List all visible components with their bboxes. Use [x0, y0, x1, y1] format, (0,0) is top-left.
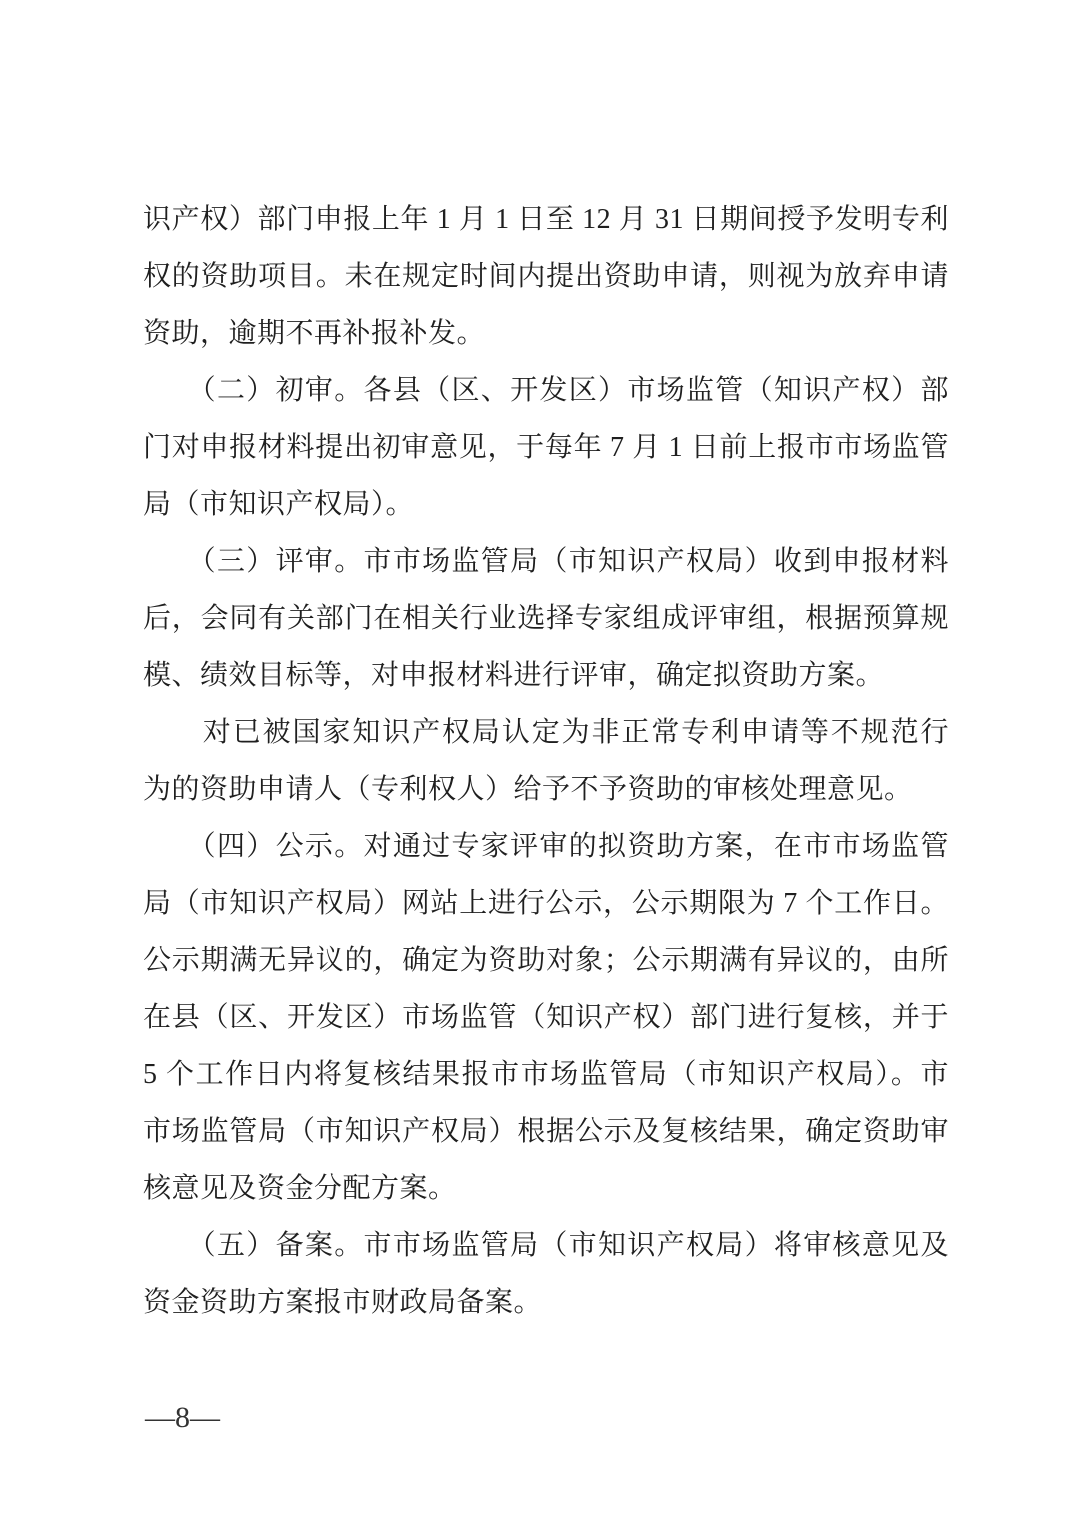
page-number: —8— [145, 1396, 220, 1440]
document-page: 识产权）部门申报上年 1 月 1 日至 12 月 31 日期间授予发明专利权的资… [0, 0, 1080, 1527]
text-line: 局（市知识产权局）。 [143, 476, 949, 533]
paragraph: （四）公示。对通过专家评审的拟资助方案，在市市场监管局（市知识产权局）网站上进行… [143, 818, 949, 1217]
text-line: 对已被国家知识产权局认定为非正常专利申请等不规范行 [143, 704, 949, 761]
text-line: 资金资助方案报市财政局备案。 [143, 1274, 949, 1331]
text-line: 局（市知识产权局）网站上进行公示，公示期限为 7 个工作日。 [143, 875, 949, 932]
text-line: （三）评审。市市场监管局（市知识产权局）收到申报材料 [143, 533, 949, 590]
text-line: 权的资助项目。未在规定时间内提出资助申请，则视为放弃申请 [143, 248, 949, 305]
document-body: 识产权）部门申报上年 1 月 1 日至 12 月 31 日期间授予发明专利权的资… [143, 191, 949, 1331]
text-line: 核意见及资金分配方案。 [143, 1160, 949, 1217]
paragraph: （二）初审。各县（区、开发区）市场监管（知识产权）部门对申报材料提出初审意见，于… [143, 362, 949, 533]
paragraph: 对已被国家知识产权局认定为非正常专利申请等不规范行为的资助申请人（专利权人）给予… [143, 704, 949, 818]
paragraph: 识产权）部门申报上年 1 月 1 日至 12 月 31 日期间授予发明专利权的资… [143, 191, 949, 362]
paragraph: （五）备案。市市场监管局（市知识产权局）将审核意见及资金资助方案报市财政局备案。 [143, 1217, 949, 1331]
text-line: （二）初审。各县（区、开发区）市场监管（知识产权）部 [143, 362, 949, 419]
text-line: 模、绩效目标等，对申报材料进行评审，确定拟资助方案。 [143, 647, 949, 704]
text-line: 在县（区、开发区）市场监管（知识产权）部门进行复核，并于 [143, 989, 949, 1046]
paragraph: （三）评审。市市场监管局（市知识产权局）收到申报材料后，会同有关部门在相关行业选… [143, 533, 949, 704]
text-line: 5 个工作日内将复核结果报市市场监管局（市知识产权局）。市 [143, 1046, 949, 1103]
text-line: 为的资助申请人（专利权人）给予不予资助的审核处理意见。 [143, 761, 949, 818]
text-line: 资助，逾期不再补报补发。 [143, 305, 949, 362]
text-line: 后，会同有关部门在相关行业选择专家组成评审组，根据预算规 [143, 590, 949, 647]
text-line: 市场监管局（市知识产权局）根据公示及复核结果，确定资助审 [143, 1103, 949, 1160]
text-line: 门对申报材料提出初审意见，于每年 7 月 1 日前上报市市场监管 [143, 419, 949, 476]
text-line: 公示期满无异议的，确定为资助对象；公示期满有异议的，由所 [143, 932, 949, 989]
text-line: （四）公示。对通过专家评审的拟资助方案，在市市场监管 [143, 818, 949, 875]
text-line: 识产权）部门申报上年 1 月 1 日至 12 月 31 日期间授予发明专利 [143, 191, 949, 248]
text-line: （五）备案。市市场监管局（市知识产权局）将审核意见及 [143, 1217, 949, 1274]
